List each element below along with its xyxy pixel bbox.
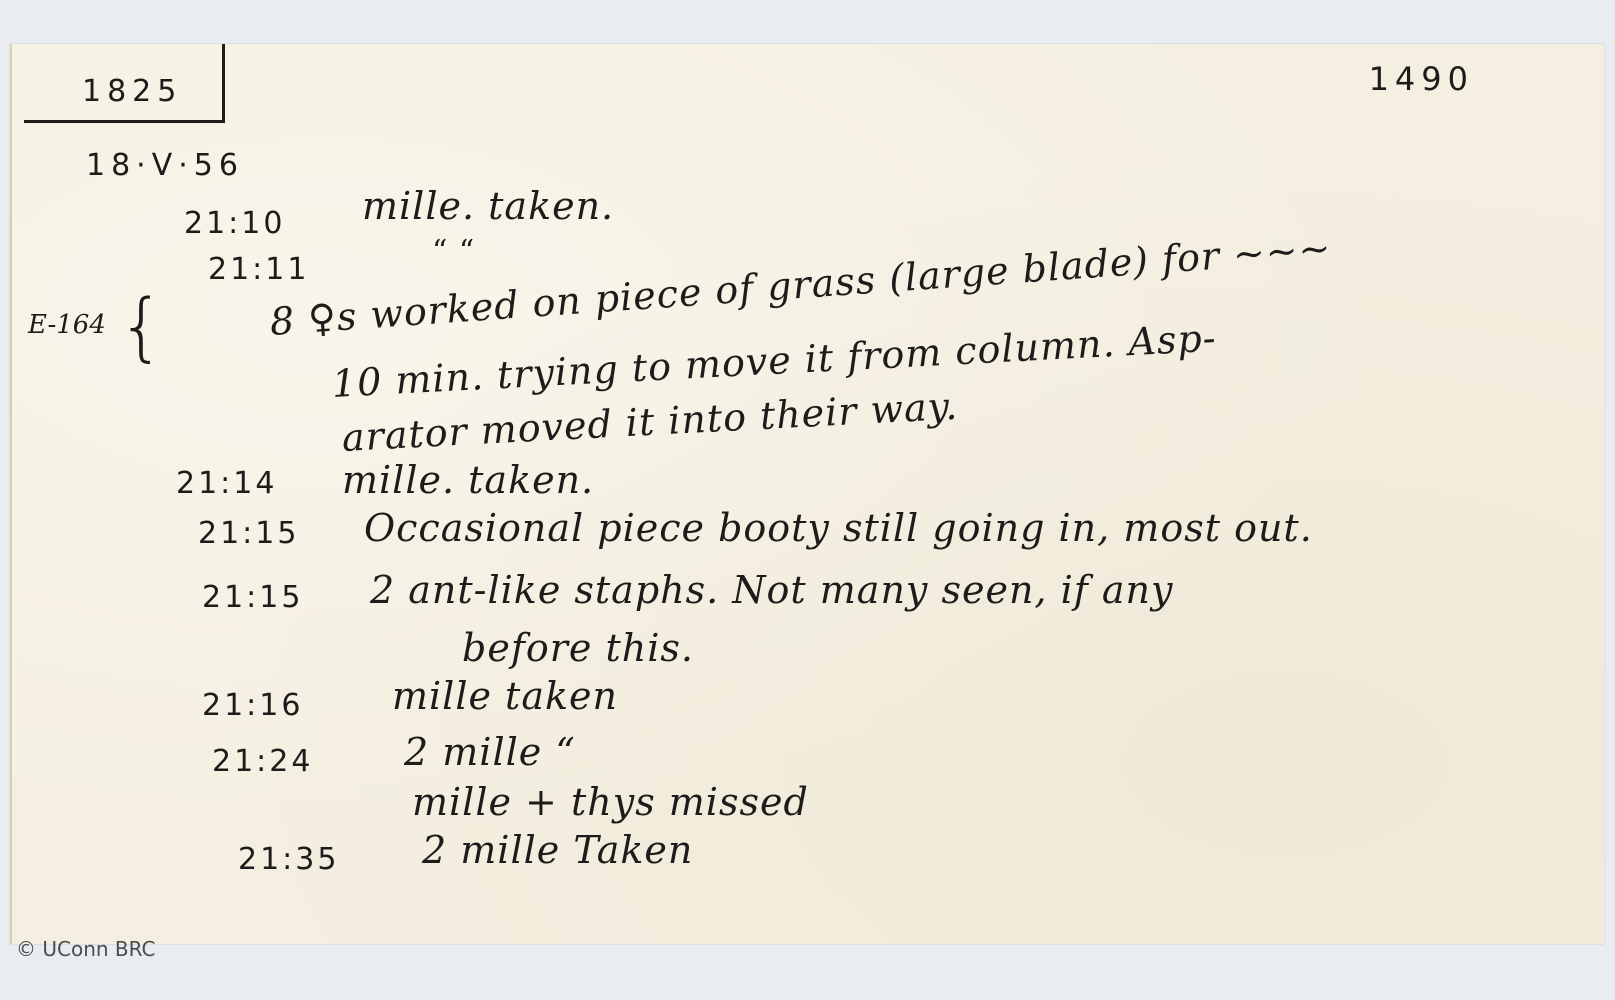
entry-time: 21:15 — [198, 516, 299, 551]
ditto-marks: “ “ — [432, 234, 475, 269]
entry-text: 2 ant-like staphs. Not many seen, if any — [370, 568, 1173, 612]
entry-text: mille. taken. — [362, 184, 614, 228]
entry-time: 21:10 — [184, 206, 285, 241]
card-number: 1490 — [1369, 60, 1474, 98]
entry-text: mille + thys missed — [412, 780, 809, 824]
field-note-card: 1825 1490 18·V·56 E-164 { 21:10 mille. t… — [10, 44, 1604, 944]
entry-text: mille taken — [392, 674, 618, 718]
entry-time: 21:24 — [212, 744, 313, 779]
specimen-label: E-164 — [28, 310, 106, 340]
copyright-notice: © UConn BRC — [16, 937, 156, 961]
box-number: 1825 — [82, 74, 182, 109]
entry-text: before this. — [462, 626, 694, 670]
entry-date: 18·V·56 — [86, 148, 244, 183]
entry-time: 21:14 — [176, 466, 277, 501]
entry-time: 21:16 — [202, 688, 303, 723]
entry-text: 2 mille Taken — [422, 828, 693, 872]
entry-text: mille. taken. — [342, 458, 594, 502]
entry-text: Occasional piece booty still going in, m… — [364, 506, 1313, 550]
entry-time: 21:35 — [238, 842, 339, 877]
entry-time: 21:15 — [202, 580, 303, 615]
entry-text: 2 mille “ — [404, 730, 576, 774]
bracket-icon: { — [118, 284, 166, 370]
entry-time: 21:11 — [208, 252, 309, 287]
